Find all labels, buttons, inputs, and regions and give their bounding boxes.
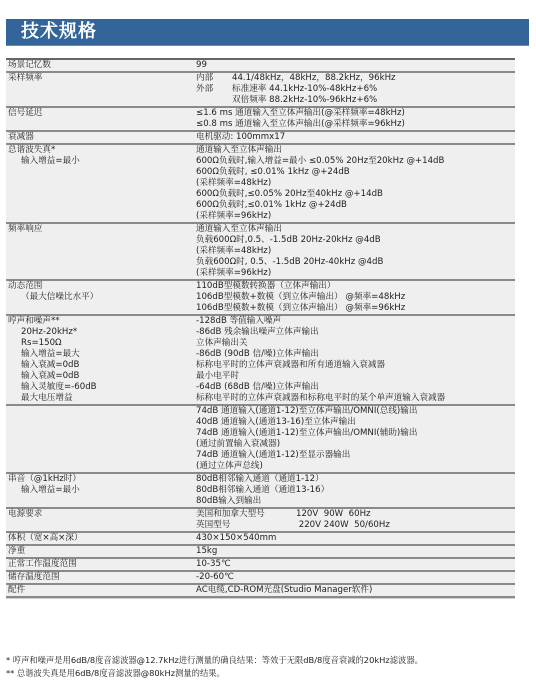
spec-value-pair: 美国和加拿大型号120V 90W 60Hz [196,509,515,520]
spec-value-line: 80dB相邻输入通道（通道1-12） [196,474,515,485]
spec-row: 频率响应通道输入至立体声输出负载600Ω时,0.5、-1.5dB 20Hz-20… [6,224,515,281]
spec-label: 储存温度范围 [6,572,196,583]
spec-value-line: 80dB相邻输入通道（通道13-16） [196,485,515,496]
spec-value: 电机驱动: 100mmx17 [196,132,515,143]
spec-label-line: 20Hz-20kHz* [8,327,196,338]
spec-label: 采样频率 [6,73,196,106]
spec-label: 哼声和噪声**20Hz-20kHz*Rs=150Ω输入增益=最大输入衰减=0dB… [6,316,196,404]
spec-value-line: 80dB输入到输出 [196,496,515,507]
spec-row: 净重15kg [6,546,515,559]
footnote-2: ** 总谐波失真是用6dB/8度音滤波器@80kHz测量的结果。 [6,667,531,680]
spec-value-line: 110dB型模数转换器（立体声输出） [196,281,515,292]
spec-value-line: 106dB型模数+数模（到立体声输出） @频率=48kHz [196,292,515,303]
spec-value-key: 外部 [196,84,232,95]
spec-value: 430×150×540mm [196,533,515,544]
spec-row: 74dB 通道输入(通道1-12)至立体声输出/OMNI(总线)输出40dB 通… [6,406,515,474]
spec-value: 80dB相邻输入通道（通道1-12）80dB相邻输入通道（通道13-16）80d… [196,474,515,507]
spec-value-line: 电机驱动: 100mmx17 [196,132,515,143]
spec-label: 净重 [6,546,196,557]
spec-value-line: -64dB (68dB 信/噪)立体声输出 [196,382,515,393]
spec-value-line: -128dB 等值输入噪声 [196,316,515,327]
spec-value: 15kg [196,546,515,557]
spec-value-line: (采样频率=48kHz) [196,178,515,189]
spec-row: 总谐波失真*输入增益=最小通道输入至立体声输出600Ω负载时,输入增益=最小 ≤… [6,145,515,224]
spec-label-line: 正常工作温度范围 [8,559,196,570]
spec-label: 信号延迟 [6,108,196,130]
spec-value-line: 74dB 通道输入(通道1-12)至立体声输出/OMNI(辅助)输出 [196,428,515,439]
spec-value-pair: 英国型号 220V 240W 50/60Hz [196,520,515,531]
spec-value-line: 40dB 通道输入(通道13-16)至立体声输出 [196,417,515,428]
spec-label-line: 输入增益=最小 [8,156,196,167]
section-header: 技术规格 [6,19,529,46]
spec-value-line: 74dB 通道输入(通道1-12)至显示器输出 [196,450,515,461]
spec-value-line: -86dB (90dB 信/噪)立体声输出 [196,349,515,360]
spec-label-line: 输入衰减=0dB [8,360,196,371]
spec-label-line: 输入增益=最大 [8,349,196,360]
spec-label-line: 频率响应 [8,224,196,235]
spec-value-pair: 双倍频率 88.2kHz-10%-96kHz+6% [196,95,515,106]
spec-label: 衰减器 [6,132,196,143]
spec-value-pair: 内部44.1/48kHz，48kHz，88.2kHz，96kHz [196,73,515,84]
spec-label: 频率响应 [6,224,196,279]
spec-value-line: 通道输入至立体声输出 [196,145,515,156]
spec-value-line: 10-35℃ [196,559,515,570]
spec-value: -20-60℃ [196,572,515,583]
spec-label-line: 串音（@1kHz时） [8,474,196,485]
spec-label: 配件 [6,585,196,596]
spec-value-line: (采样频率=96kHz) [196,268,515,279]
spec-label: 串音（@1kHz时）输入增益=最小 [6,474,196,507]
spec-value-text: 120V 90W 60Hz [296,509,371,520]
spec-value-line: (采样频率=48kHz) [196,246,515,257]
spec-value-line: ≤0.8 ms 通道输入至立体声输出(@采样频率=96kHz) [196,119,515,130]
spec-value-line: 99 [196,60,515,71]
spec-value-line: 106dB型模数+数模（到立体声输出） @频率=96kHz [196,303,515,314]
spec-label-line: 场景记忆数 [8,60,196,71]
spec-value-line: AC电缆,CD-ROM光盘(Studio Manager软件) [196,585,515,596]
spec-value: -128dB 等值输入噪声-86dB 残余输出噪声立体声输出立体声输出关-86d… [196,316,515,404]
spec-label-line: （最大信噪比水平） [8,292,196,303]
spec-row: 信号延迟≤1.6 ms 通道输入至立体声输出(@采样频率=48kHz)≤0.8 … [6,108,515,132]
spec-value-key [196,95,232,106]
spec-row: 衰减器电机驱动: 100mmx17 [6,132,515,145]
spec-value-line: 600Ω负载时, ≤0.01% 1kHz @+24dB [196,167,515,178]
spec-value-text: 双倍频率 88.2kHz-10%-96kHz+6% [232,95,377,106]
spec-value-line: 430×150×540mm [196,533,515,544]
spec-value-key: 内部 [196,73,232,84]
spec-value-line: 600Ω负载时,≤0.05% 20Hz至40kHz @+14dB [196,189,515,200]
spec-value: 110dB型模数转换器（立体声输出）106dB型模数+数模（到立体声输出） @频… [196,281,515,314]
spec-value-line: 最小电平时 [196,371,515,382]
spec-value-line: 标称电平时的立体声衰减器和所有通道输入衰减器 [196,360,515,371]
spec-value: 74dB 通道输入(通道1-12)至立体声输出/OMNI(总线)输出40dB 通… [196,406,515,472]
spec-label: 体积（宽×高×深） [6,533,196,544]
spec-value-line: (通过前置输入衰减器) [196,439,515,450]
spec-value-line: (通过立体声总线) [196,461,515,472]
spec-row: 配件AC电缆,CD-ROM光盘(Studio Manager软件) [6,585,515,598]
spec-row: 采样频率内部44.1/48kHz，48kHz，88.2kHz，96kHz外部标准… [6,73,515,108]
spec-value-key: 英国型号 [196,520,296,531]
spec-value: 美国和加拿大型号120V 90W 60Hz英国型号 220V 240W 50/6… [196,509,515,531]
spec-value-key: 美国和加拿大型号 [196,509,296,520]
spec-row: 电源要求美国和加拿大型号120V 90W 60Hz英国型号 220V 240W … [6,509,515,533]
spec-row: 场景记忆数99 [6,60,515,73]
spec-value-line: 负载600Ω时,0.5、-1.5dB 20Hz-20kHz @4dB [196,235,515,246]
spec-label-line: 采样频率 [8,73,196,84]
spec-value: ≤1.6 ms 通道输入至立体声输出(@采样频率=48kHz)≤0.8 ms 通… [196,108,515,130]
spec-label-line: 储存温度范围 [8,572,196,583]
spec-label-line: 总谐波失真* [8,145,196,156]
spec-row: 正常工作温度范围10-35℃ [6,559,515,572]
spec-label-line: 输入灵敏度=-60dB [8,382,196,393]
spec-value-text: 44.1/48kHz，48kHz，88.2kHz，96kHz [232,73,396,84]
spec-value-line: 15kg [196,546,515,557]
spec-label-line: 哼声和噪声** [8,316,196,327]
spec-value-line: 标称电平时的立体声衰减器和标称电平时的某个单声道输入衰减器 [196,393,515,404]
spec-row: 储存温度范围-20-60℃ [6,572,515,585]
spec-label-line: 信号延迟 [8,108,196,119]
spec-label-line: 净重 [8,546,196,557]
footnotes: * 哼声和噪声是用6dB/8度音滤波器@12.7kHz进行测量的确良结果：等效于… [6,654,531,680]
spec-label: 总谐波失真*输入增益=最小 [6,145,196,222]
spec-label-line: 衰减器 [8,132,196,143]
spec-value-pair: 外部标准速率 44.1kHz-10%-48kHz+6% [196,84,515,95]
spec-value-text: 220V 240W 50/60Hz [296,520,390,531]
spec-value-line: ≤1.6 ms 通道输入至立体声输出(@采样频率=48kHz) [196,108,515,119]
spec-value-line: 600Ω负载时,≤0.01% 1kHz @+24dB [196,200,515,211]
spec-value: 内部44.1/48kHz，48kHz，88.2kHz，96kHz外部标准速率 4… [196,73,515,106]
spec-label: 正常工作温度范围 [6,559,196,570]
spec-label-line: 电源要求 [8,509,196,520]
spec-value-line: 立体声输出关 [196,338,515,349]
spec-label-line: 体积（宽×高×深） [8,533,196,544]
spec-row: 串音（@1kHz时）输入增益=最小80dB相邻输入通道（通道1-12）80dB相… [6,474,515,509]
spec-label [6,406,196,472]
spec-value: 99 [196,60,515,71]
spec-value-line: 通道输入至立体声输出 [196,224,515,235]
spec-label-line: 动态范围 [8,281,196,292]
spec-value-line: 74dB 通道输入(通道1-12)至立体声输出/OMNI(总线)输出 [196,406,515,417]
spec-value-line: 600Ω负载时,输入增益=最小 ≤0.05% 20Hz至20kHz @+14dB [196,156,515,167]
spec-row: 动态范围（最大信噪比水平）110dB型模数转换器（立体声输出）106dB型模数+… [6,281,515,316]
spec-value-line: -86dB 残余输出噪声立体声输出 [196,327,515,338]
spec-value: 通道输入至立体声输出600Ω负载时,输入增益=最小 ≤0.05% 20Hz至20… [196,145,515,222]
spec-label-line: 输入增益=最小 [8,485,196,496]
spec-label-line: 配件 [8,585,196,596]
spec-row: 哼声和噪声**20Hz-20kHz*Rs=150Ω输入增益=最大输入衰减=0dB… [6,316,515,406]
spec-label-line: Rs=150Ω [8,338,196,349]
spec-label-line: 最大电压增益 [8,393,196,404]
spec-value-line: -20-60℃ [196,572,515,583]
spec-row: 体积（宽×高×深）430×150×540mm [6,533,515,546]
spec-label: 电源要求 [6,509,196,531]
spec-value-line: (采样频率=96kHz) [196,211,515,222]
spec-label: 场景记忆数 [6,60,196,71]
page-title: 技术规格 [21,20,97,44]
spec-value-line: 负载600Ω时, 0.5、-1.5dB 20Hz-40kHz @4dB [196,257,515,268]
spec-value: AC电缆,CD-ROM光盘(Studio Manager软件) [196,585,515,596]
spec-value: 通道输入至立体声输出负载600Ω时,0.5、-1.5dB 20Hz-20kHz … [196,224,515,279]
spec-label: 动态范围（最大信噪比水平） [6,281,196,314]
spec-value: 10-35℃ [196,559,515,570]
spec-value-text: 标准速率 44.1kHz-10%-48kHz+6% [232,84,377,95]
spec-table: 场景记忆数99采样频率内部44.1/48kHz，48kHz，88.2kHz，96… [6,58,515,598]
footnote-1: * 哼声和噪声是用6dB/8度音滤波器@12.7kHz进行测量的确良结果：等效于… [6,654,531,667]
spec-label-line: 输入衰减=0dB [8,371,196,382]
